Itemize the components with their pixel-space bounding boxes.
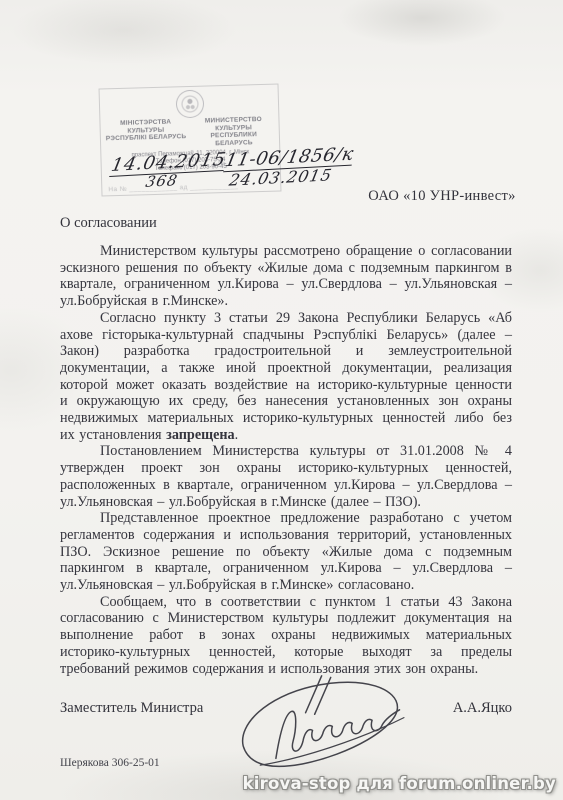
letter-line: согласованию с Министерством культуры по… (60, 610, 512, 627)
letter-line: их установления запрещена. (60, 427, 512, 444)
recipient: ОАО «10 УНР-инвест» (352, 188, 532, 205)
letter-line: выполнение работ в зонах охраны недвижим… (60, 627, 512, 644)
letter-line: регламентов содержания и использования т… (60, 527, 512, 544)
letter-body: Министерством культуры рассмотрено обращ… (60, 243, 512, 677)
subject-line: О согласовании (60, 215, 157, 232)
watermark: kirova-stop для forum.onliner.by (243, 774, 556, 793)
handwritten-incoming-number: 368 (144, 171, 180, 191)
signer-position: Заместитель Министра (60, 700, 203, 717)
letter-line: эскизного решения по объекту «Жилые дома… (60, 260, 512, 277)
stamp-text-line: РЕСПУБЛИКИ БЕЛАРУСЬ (192, 131, 277, 148)
signer-name: А.А.Яцко (453, 700, 512, 717)
letter-line: паркингом в квартале, ограниченном ул.Ки… (60, 560, 512, 577)
letter-line: ахове гісторыка-культурнай спадчыны Рэсп… (60, 327, 512, 344)
letter-line: Представленное проектное предложение раз… (60, 510, 512, 527)
letter-line: Постановлением Министерства культуры от … (60, 443, 512, 460)
letter-line: ул.Бобруйская в г.Минске». (60, 293, 512, 310)
letter-line: утвержден проект зон охраны историко-кул… (60, 460, 512, 477)
letter-line: квартале, ограниченном ул.Кирова – ул.Св… (60, 276, 512, 293)
scanned-letter-page: МІНІСТЭРСТВАКУЛЬТУРЫРЭСПУБЛІКІ БЕЛАРУСЬ … (0, 0, 563, 800)
letter-line: и окружающую их среду, без нанесения уст… (60, 393, 512, 410)
letter-line: Согласно пункту 3 статьи 29 Закона Респу… (60, 310, 512, 327)
letter-line: недвижимых материальных историко-культур… (60, 410, 512, 427)
letter-line: расположенных в квартале, ограниченном у… (60, 477, 512, 494)
letter-line: Закон) разработка градостроительной и зе… (60, 343, 512, 360)
stamp-org-left: МІНІСТЭРСТВАКУЛЬТУРЫРЭСПУБЛІКІ БЕЛАРУСЬ (103, 118, 188, 150)
stamp-text-line: РЭСПУБЛІКІ БЕЛАРУСЬ (104, 133, 188, 143)
letter-line: Сообщаем, что в соответствии с пунктом 1… (60, 594, 512, 611)
handwritten-signature (226, 667, 415, 774)
letter-line: ул.Ульяновская – ул.Бобруйская в г.Минск… (60, 577, 512, 594)
executor-contact: Шерякова 306-25-01 (60, 757, 160, 769)
letter-line: ПЗО. Эскизное решение по объекту «Жилые … (60, 544, 512, 561)
letter-line: которой может оказать воздействие на ист… (60, 377, 512, 394)
letter-line: Министерством культуры рассмотрено обращ… (60, 243, 512, 260)
letter-line: документации, а также иной проектной док… (60, 360, 512, 377)
letter-line: ул.Ульяновская – ул.Бобруйская в г.Минск… (60, 494, 512, 511)
letter-line: историко-культурных ценностей, которые в… (60, 644, 512, 661)
stamp-org-right: МИНИСТЕРСТВОКУЛЬТУРЫРЕСПУБЛИКИ БЕЛАРУСЬ (191, 116, 276, 148)
